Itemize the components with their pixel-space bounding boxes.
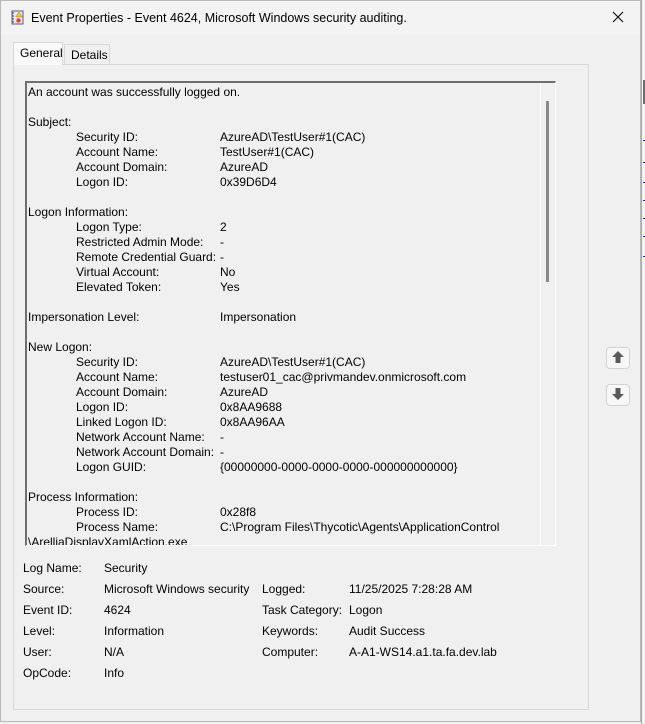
computer-value: A-A1-WS14.a1.ta.fa.dev.lab — [349, 645, 497, 660]
description-text: An account was successfully logged on. — [28, 85, 240, 100]
close-icon — [612, 11, 624, 26]
field-label: Account Domain: — [76, 160, 167, 175]
field-value: AzureAD — [220, 385, 268, 400]
section-heading: New Logon: — [28, 340, 92, 355]
field-value: 2 — [220, 220, 227, 235]
event-description-content: An account was successfully logged on.Su… — [27, 83, 541, 545]
description-text: \ArelliaDisplayXamlAction.exe — [28, 535, 187, 545]
log-name-value: Security — [104, 561, 147, 576]
next-event-button[interactable] — [606, 384, 630, 406]
field-value: 0x39D6D4 — [220, 175, 277, 190]
field-label: Linked Logon ID: — [76, 415, 167, 430]
field-value: - — [220, 250, 224, 265]
event-properties-dialog: Event Properties - Event 4624, Microsoft… — [0, 0, 641, 722]
field-label: Logon ID: — [76, 400, 128, 415]
level-value: Information — [104, 624, 164, 639]
title-bar[interactable]: Event Properties - Event 4624, Microsoft… — [1, 1, 640, 35]
opcode-label: OpCode: — [23, 666, 71, 681]
event-id-label: Event ID: — [23, 603, 72, 618]
field-label: Impersonation Level: — [28, 310, 139, 325]
field-label: Remote Credential Guard: — [76, 250, 216, 265]
log-name-label: Log Name: — [23, 561, 82, 576]
background-window-edge — [641, 0, 645, 724]
field-label: Logon GUID: — [76, 460, 146, 475]
section-heading: Subject: — [28, 115, 71, 130]
previous-event-button[interactable] — [606, 347, 630, 369]
field-value: AzureAD\TestUser#1(CAC) — [220, 130, 365, 145]
arrow-up-icon — [611, 350, 625, 367]
field-label: Process ID: — [76, 505, 138, 520]
field-label: Process Name: — [76, 520, 158, 535]
field-label: Logon ID: — [76, 175, 128, 190]
window-title: Event Properties - Event 4624, Microsoft… — [31, 11, 407, 25]
field-value: 0x8AA9688 — [220, 400, 282, 415]
source-label: Source: — [23, 582, 64, 597]
task-category-label: Task Category: — [262, 603, 342, 618]
field-value: C:\Program Files\Thycotic\Agents\Applica… — [220, 520, 499, 535]
close-button[interactable] — [600, 3, 636, 33]
field-value: TestUser#1(CAC) — [220, 145, 314, 160]
computer-label: Computer: — [262, 645, 318, 660]
event-description-textbox[interactable]: An account was successfully logged on.Su… — [25, 81, 556, 546]
field-value: No — [220, 265, 235, 280]
keywords-value: Audit Success — [349, 624, 425, 639]
field-value: Impersonation — [220, 310, 296, 325]
field-value: AzureAD — [220, 160, 268, 175]
field-label: Virtual Account: — [76, 265, 159, 280]
field-label: Restricted Admin Mode: — [76, 235, 203, 250]
field-value: {00000000-0000-0000-0000-000000000000} — [220, 460, 458, 475]
field-label: Account Name: — [76, 370, 158, 385]
task-category-value: Logon — [349, 603, 382, 618]
field-label: Logon Type: — [76, 220, 142, 235]
event-id-value: 4624 — [104, 603, 131, 618]
field-value: AzureAD\TestUser#1(CAC) — [220, 355, 365, 370]
tab-details[interactable]: Details — [64, 44, 110, 64]
event-viewer-icon — [11, 10, 24, 25]
field-value: 0x8AA96AA — [220, 415, 285, 430]
source-value: Microsoft Windows security — [104, 582, 249, 597]
field-label: Network Account Name: — [76, 430, 205, 445]
keywords-label: Keywords: — [262, 624, 318, 639]
arrow-down-icon — [611, 387, 625, 404]
logged-value: 11/25/2025 7:28:28 AM — [349, 582, 472, 597]
section-heading: Logon Information: — [28, 205, 128, 220]
field-label: Account Name: — [76, 145, 158, 160]
field-value: - — [220, 235, 224, 250]
field-label: Network Account Domain: — [76, 445, 214, 460]
field-value: - — [220, 445, 224, 460]
logged-label: Logged: — [262, 582, 305, 597]
field-label: Security ID: — [76, 130, 138, 145]
field-value: testuser01_cac@privmandev.onmicrosoft.co… — [220, 370, 466, 385]
field-label: Account Domain: — [76, 385, 167, 400]
field-label: Elevated Token: — [76, 280, 161, 295]
section-heading: Process Information: — [28, 490, 138, 505]
field-label: Security ID: — [76, 355, 138, 370]
user-value: N/A — [104, 645, 124, 660]
field-value: Yes — [220, 280, 240, 295]
user-label: User: — [23, 645, 52, 660]
opcode-value: Info — [104, 666, 124, 681]
scrollbar-thumb[interactable] — [546, 101, 549, 282]
level-label: Level: — [23, 624, 55, 639]
description-scrollbar[interactable] — [540, 83, 555, 545]
tab-general[interactable]: General — [13, 42, 63, 65]
field-value: - — [220, 430, 224, 445]
field-value: 0x28f8 — [220, 505, 256, 520]
